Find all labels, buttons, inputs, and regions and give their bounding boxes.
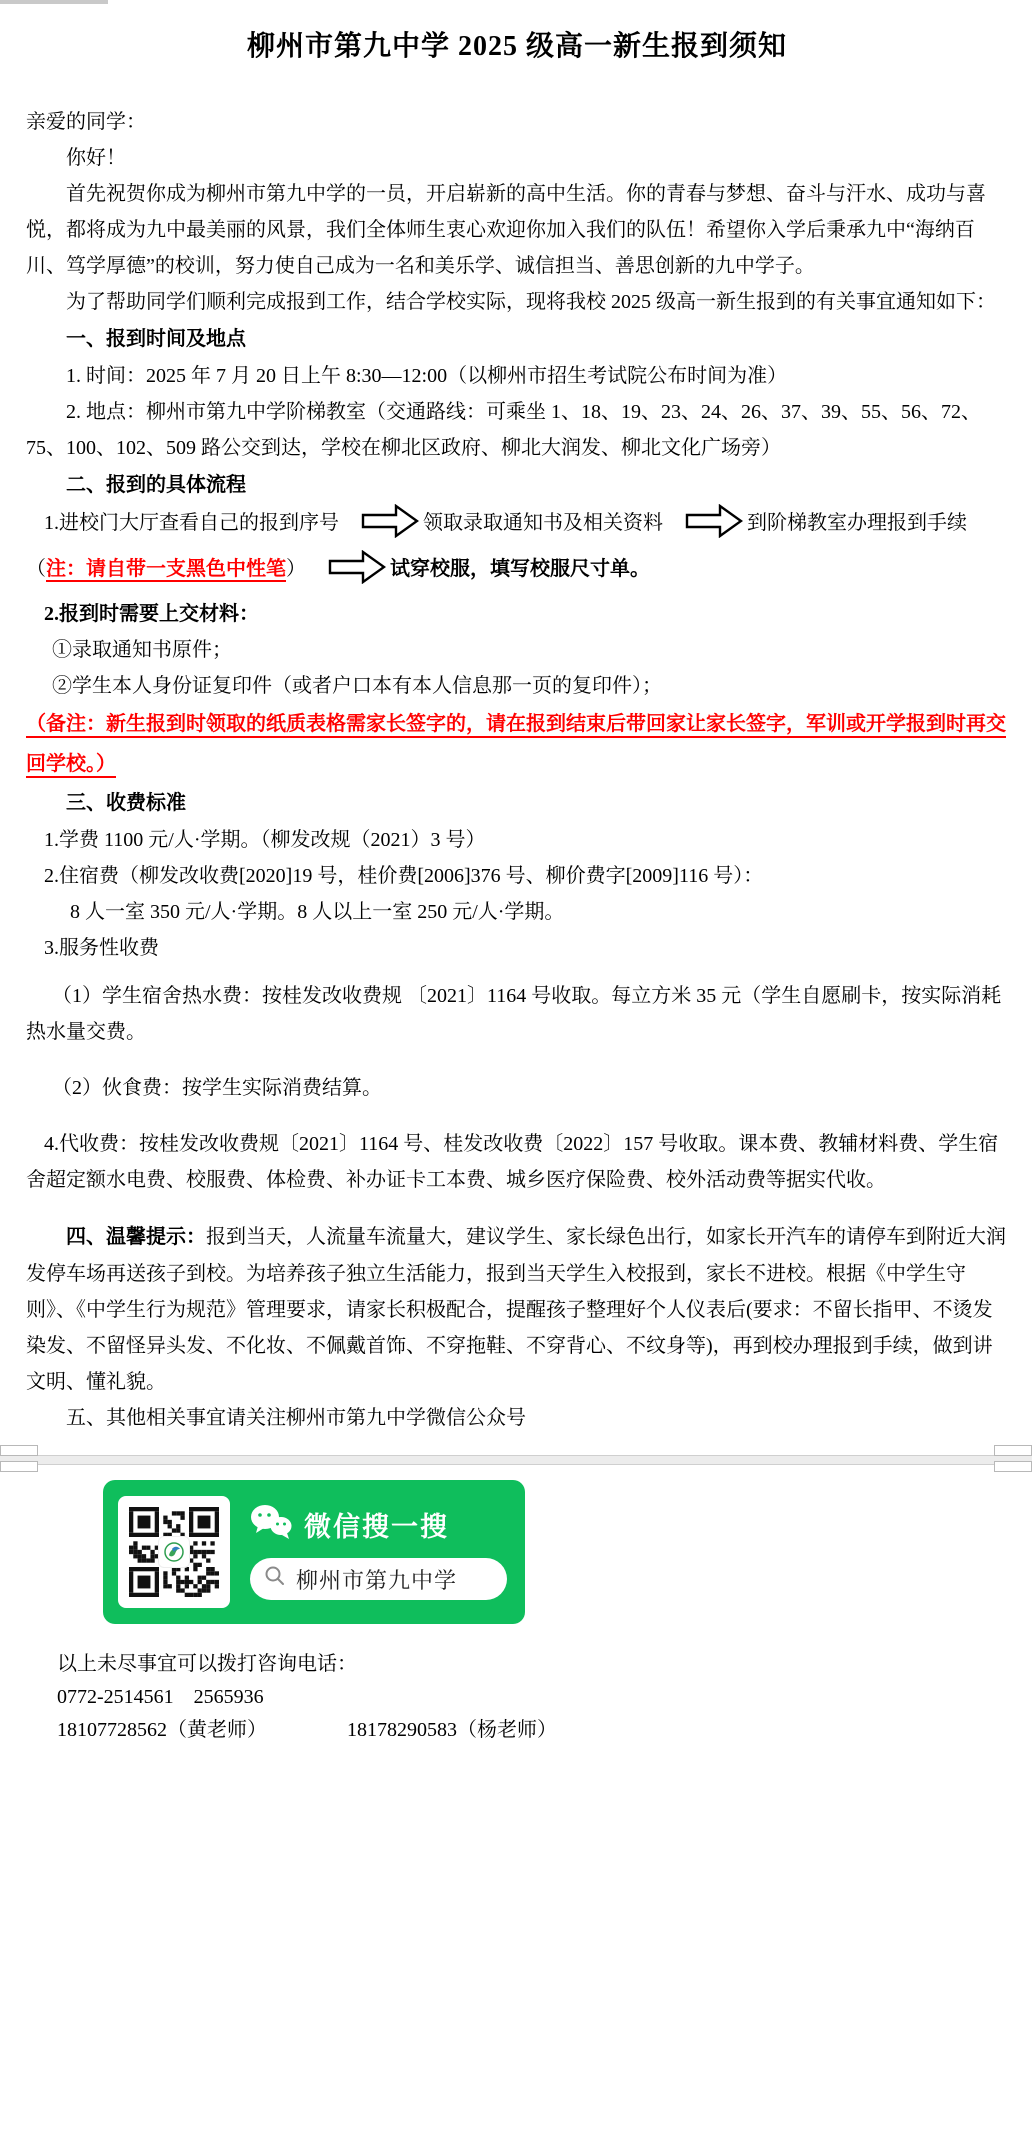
- intro-paragraph-2: 为了帮助同学们顺利完成报到工作，结合学校实际，现将我校 2025 级高一新生报到…: [26, 284, 1008, 320]
- fee-item-hot-water: （1）学生宿舍热水费：按桂发改收费规 〔2021〕1164 号收取。每立方米 3…: [26, 978, 1008, 1050]
- school-logo-icon: [159, 1537, 189, 1567]
- fee-item-meals: （2）伙食费：按学生实际消费结算。: [26, 1070, 1008, 1106]
- wechat-bubbles-icon: [250, 1504, 292, 1545]
- contact-landlines: 0772-2514561 2565936: [57, 1681, 557, 1714]
- material-item-2: ②学生本人身份证复印件（或者户口本有本人信息那一页的复印件）；: [26, 668, 1008, 704]
- wechat-search-card: 微信搜一搜 柳州市第九中学: [103, 1480, 525, 1624]
- contact-intro: 以上未尽事宜可以拨打咨询电话：: [57, 1648, 557, 1681]
- page-margin-marker: [994, 1461, 1032, 1472]
- section3-heading: 三、收费标准: [26, 784, 1008, 822]
- contact-phone-yang: 18178290583（杨老师）: [347, 1719, 557, 1741]
- section1-item-place: 2. 地点：柳州市第九中学阶梯教室（交通路线：可乘坐 1、18、19、23、24…: [26, 394, 1008, 466]
- greeting: 你好！: [26, 140, 1008, 176]
- right-block-arrow-icon: [343, 504, 419, 550]
- wechat-search-query: 柳州市第九中学: [296, 1564, 457, 1595]
- flow-step-2: 领取录取通知书及相关资料: [423, 512, 663, 534]
- flow-step-3-close: ）: [286, 558, 306, 580]
- window-edge-artifact: [0, 0, 108, 4]
- section2-heading: 二、报到的具体流程: [26, 466, 1008, 504]
- fee-item-lodging-detail: 8 人一室 350 元/人·学期。8 人以上一室 250 元/人·学期。: [26, 894, 1008, 930]
- fee-item-tuition: 1.学费 1100 元/人·学期。（柳发改规（2021）3 号）: [26, 822, 1008, 858]
- flow-red-note: 注：请自带一支黑色中性笔: [46, 558, 286, 580]
- section1-heading: 一、报到时间及地点: [26, 320, 1008, 358]
- right-block-arrow-icon: [667, 504, 743, 550]
- intro-paragraph-1: 首先祝贺你成为柳州市第九中学的一员，开启崭新的高中生活。你的青春与梦想、奋斗与汗…: [26, 176, 1008, 284]
- section4-heading: 四、温馨提示：: [66, 1226, 206, 1248]
- wechat-brand-row: 微信搜一搜: [250, 1504, 507, 1545]
- contact-phone-huang: 18107728562（黄老师）: [57, 1719, 267, 1741]
- wechat-search-pill: 柳州市第九中学: [250, 1558, 507, 1600]
- page-title: 柳州市第九中学 2025 级高一新生报到须知: [26, 24, 1008, 64]
- parent-signature-remark: （备注：新生报到时领取的纸质表格需家长签字的，请在报到结束后带回家让家长签字，军…: [26, 704, 1008, 784]
- fee-item-service: 3.服务性收费: [26, 930, 1008, 966]
- section2-materials-label: 2.报到时需要上交材料：: [26, 596, 1008, 632]
- contact-mobiles: 18107728562（黄老师）18178290583（杨老师）: [57, 1714, 557, 1747]
- fee-item-collected: 4.代收费：按桂发改收费规〔2021〕1164 号、桂发改收费〔2022〕157…: [26, 1126, 1008, 1198]
- qr-code: [118, 1496, 230, 1608]
- page-break-band: [0, 1455, 1032, 1465]
- contact-block: 以上未尽事宜可以拨打咨询电话： 0772-2514561 2565936 181…: [57, 1648, 557, 1747]
- page-margin-marker: [994, 1445, 1032, 1456]
- flow-step-4: 试穿校服，填写校服尺寸单。: [390, 558, 650, 580]
- section4-text: 报到当天，人流量车流量大，建议学生、家长绿色出行，如家长开汽车的请停车到附近大润…: [26, 1226, 1006, 1393]
- page-margin-marker: [0, 1461, 38, 1472]
- page-margin-marker: [0, 1445, 38, 1456]
- section2-flow: 1.进校门大厅查看自己的报到序号领取录取通知书及相关资料到阶梯教室办理报到手续（…: [26, 504, 1008, 596]
- material-item-1: ①录取通知书原件；: [26, 632, 1008, 668]
- page-break-divider: [0, 1448, 1032, 1470]
- section1-item-time: 1. 时间：2025 年 7 月 20 日上午 8:30—12:00（以柳州市招…: [26, 358, 1008, 394]
- section5-paragraph: 五、其他相关事宜请关注柳州市第九中学微信公众号: [26, 1400, 1008, 1436]
- right-block-arrow-icon: [310, 550, 386, 596]
- salutation: 亲爱的同学：: [26, 104, 1008, 140]
- flow-step-1: 1.进校门大厅查看自己的报到序号: [44, 512, 339, 534]
- fee-item-lodging: 2.住宿费（柳发改收费[2020]19 号，桂价费[2006]376 号、柳价费…: [26, 858, 1008, 894]
- wechat-card-right: 微信搜一搜 柳州市第九中学: [230, 1504, 525, 1600]
- magnifier-icon: [264, 1565, 286, 1593]
- document-page: 柳州市第九中学 2025 级高一新生报到须知 亲爱的同学： 你好！ 首先祝贺你成…: [0, 0, 1032, 1436]
- wechat-search-brand-label: 微信搜一搜: [304, 1505, 449, 1544]
- section4-paragraph: 四、温馨提示：报到当天，人流量车流量大，建议学生、家长绿色出行，如家长开汽车的请…: [26, 1218, 1008, 1400]
